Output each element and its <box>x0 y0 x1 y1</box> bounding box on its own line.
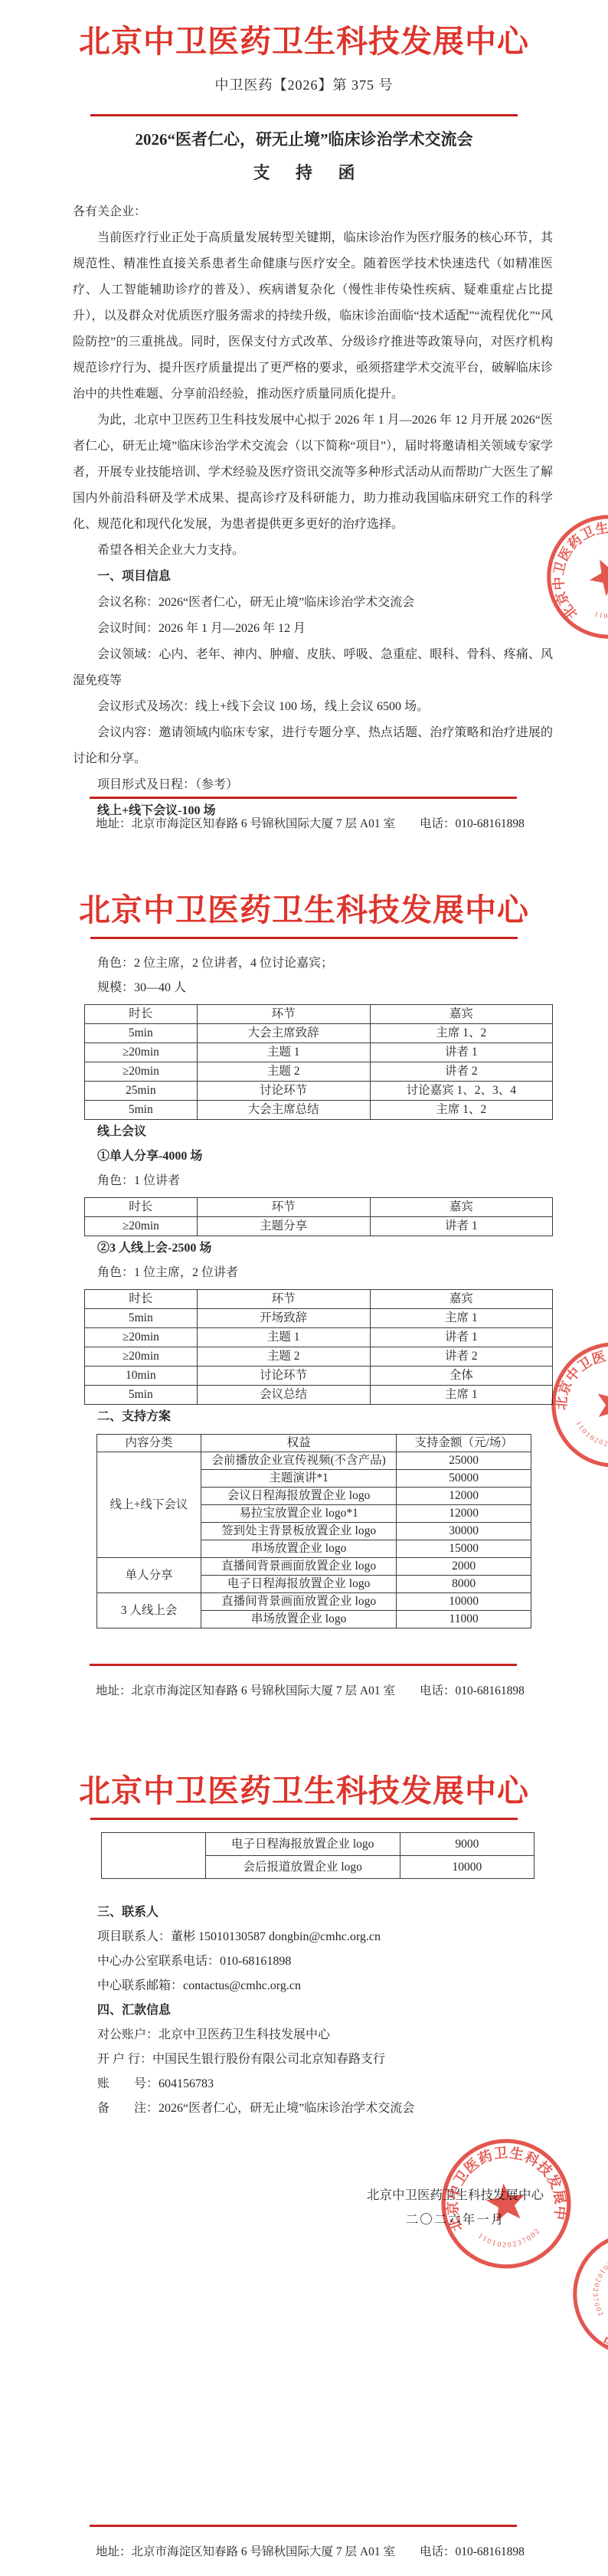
benefit-cell: 会后报道放置企业 logo <box>205 1856 400 1879</box>
benefit-cell: 主题演讲*1 <box>201 1470 397 1488</box>
amount-cell: 15000 <box>397 1540 531 1558</box>
contact-email-line: 中心联系邮箱：contactus@cmhc.org.cn <box>73 1974 553 1998</box>
contact-project-line: 项目联系人：董彬 15010130587 dongbin@cmhc.org.cn <box>73 1925 553 1949</box>
cell-segment: 会议总结 <box>197 1386 370 1405</box>
three-person-table: 时长 环节 嘉宾 5min 开场致辞 主席 1 ≥20min 主题 1 讲者 1 <box>84 1289 553 1405</box>
benefit-cell: 会议日程海报放置企业 logo <box>201 1488 397 1505</box>
schedule-note: 项目形式及日程：（参考） <box>73 772 553 798</box>
remit-note-line: 备 注：2026“医者仁心，研无止境”临床诊治学术交流会 <box>73 2096 553 2121</box>
benefit-cell: 串场放置企业 logo <box>201 1611 397 1628</box>
letterhead-org-name: 北京中卫医药卫生科技发展中心 <box>0 881 608 929</box>
amount-cell: 12000 <box>397 1488 531 1505</box>
remit-account-name-line: 对公账户：北京中卫医药卫生科技发展中心 <box>73 2023 553 2047</box>
cell-duration: 5min <box>85 1101 198 1120</box>
table-header-row: 时长 环节 嘉宾 <box>85 1290 553 1309</box>
cell-guest: 讲者 1 <box>370 1217 552 1236</box>
info-line-name: 会议名称：2026“医者仁心，研无止境”临床诊治学术交流会 <box>73 590 553 616</box>
benefit-cell: 直播间背景画面放置企业 logo <box>201 1558 397 1576</box>
cell-guest: 讲者 1 <box>370 1328 552 1347</box>
document-title: 2026“医者仁心，研无止境”临床诊治学术交流会 <box>0 127 608 150</box>
amount-cell: 11000 <box>397 1611 531 1628</box>
letterhead-org-name: 北京中卫医药卫生科技发展中心 <box>0 1769 608 1810</box>
cell-duration: ≥20min <box>85 1217 198 1236</box>
cell-duration: 5min <box>85 1386 198 1405</box>
paragraph: 当前医疗行业正处于高质量发展转型关键期，临床诊治作为医疗服务的核心环节，其规范性… <box>73 225 553 408</box>
table-header-row: 时长 环节 嘉宾 <box>85 1198 553 1217</box>
benefit-cell: 直播间背景画面放置企业 logo <box>201 1593 397 1611</box>
table-row: 5min 开场致辞 主席 1 <box>85 1309 553 1328</box>
cell-segment: 主题分享 <box>197 1217 370 1236</box>
amount-cell: 10000 <box>400 1856 534 1879</box>
section-heading: 三、联系人 <box>73 1900 553 1925</box>
page-footer: 地址：北京市海淀区知春路 6 号锦秋国际大厦 7 层 A01 室 电话：010-… <box>73 2525 532 2559</box>
table-row: 5min 会议总结 主席 1 <box>85 1386 553 1405</box>
benefit-cell: 电子日程海报放置企业 logo <box>201 1576 397 1593</box>
single-share-heading: ①单人分享-4000 场 <box>73 1144 553 1169</box>
red-divider <box>90 1664 517 1666</box>
benefit-cell: 签到处主背景板放置企业 logo <box>201 1523 397 1540</box>
cell-guest: 全体 <box>370 1367 552 1386</box>
remit-account-no-line: 账 号：604156783 <box>73 2072 553 2096</box>
cell-duration: ≥20min <box>85 1347 198 1367</box>
paragraph: 希望各相关企业大力支持。 <box>73 538 553 564</box>
red-divider <box>90 797 517 799</box>
offline-agenda-table: 时长 环节 嘉宾 5min 大会主席致辞 主席 1、2 ≥20min 主题 1 … <box>84 1004 553 1120</box>
amount-cell: 8000 <box>397 1576 531 1593</box>
support-plan-table: 内容分类 权益 支持金额（元/场） 线上+线下会议 会前播放企业宣传视频(不含产… <box>96 1434 531 1628</box>
three-person-roles: 角色：1 位主席，2 位讲者 <box>73 1261 553 1285</box>
cell-segment: 主题 2 <box>197 1347 370 1367</box>
table-header-row: 时长 环节 嘉宾 <box>85 1005 553 1024</box>
single-share-roles: 角色：1 位讲者 <box>73 1169 553 1193</box>
column-header: 环节 <box>197 1005 370 1024</box>
table-row: 3 人线上会 直播间背景画面放置企业 logo 10000 <box>97 1593 531 1611</box>
cell-guest: 主席 1、2 <box>370 1024 552 1043</box>
footer-phone: 电话：010-68161898 <box>420 1681 525 1698</box>
cell-segment: 大会主席总结 <box>197 1101 370 1120</box>
info-line-field: 会议领域：心内、老年、神内、肿瘤、皮肤、呼吸、急重症、眼科、骨科、疼痛、风湿免疫… <box>73 642 553 694</box>
amount-cell: 2000 <box>397 1558 531 1576</box>
cell-segment: 主题 1 <box>197 1328 370 1347</box>
cell-guest: 讨论嘉宾 1、2、3、4 <box>370 1082 552 1101</box>
cell-segment: 开场致辞 <box>197 1309 370 1328</box>
page-1: 北京中卫医药卫生科技发展中心 中卫医药【2026】第 375 号 2026“医者… <box>0 0 608 881</box>
footer-address: 地址：北京市海淀区知春路 6 号锦秋国际大厦 7 层 A01 室 <box>96 814 395 831</box>
cell-guest: 主席 1 <box>370 1309 552 1328</box>
cell-duration: ≥20min <box>85 1043 198 1062</box>
benefit-cell: 会前播放企业宣传视频(不含产品) <box>201 1452 397 1470</box>
column-header: 时长 <box>85 1198 198 1217</box>
page2-body: 角色：2 位主席，2 位讲者，4 位讨论嘉宾； 规模：30—40 人 时长 环节… <box>73 951 553 1628</box>
footer-address: 地址：北京市海淀区知春路 6 号锦秋国际大厦 7 层 A01 室 <box>96 1681 395 1698</box>
benefit-cell: 电子日程海报放置企业 logo <box>205 1833 400 1856</box>
table-row: 线上+线下会议 会前播放企业宣传视频(不含产品) 25000 <box>97 1452 531 1470</box>
benefit-cell: 易拉宝放置企业 logo*1 <box>201 1505 397 1523</box>
three-person-heading: ②3 人线上会-2500 场 <box>73 1236 553 1261</box>
amount-cell: 25000 <box>397 1452 531 1470</box>
page-3: 北京中卫医药卫生科技发展中心 电子日程海报放置企业 logo 9000 会后报道… <box>0 1769 608 2576</box>
cell-duration: 5min <box>85 1309 198 1328</box>
amount-cell: 50000 <box>397 1470 531 1488</box>
cell-segment: 主题 2 <box>197 1062 370 1082</box>
roles-line: 角色：2 位主席，2 位讲者，4 位讨论嘉宾； <box>73 951 553 976</box>
remit-bank-line: 开 户 行：中国民生银行股份有限公司北京知春路支行 <box>73 2047 553 2072</box>
column-header: 支持金额（元/场） <box>397 1435 531 1452</box>
cell-guest: 主席 1、2 <box>370 1101 552 1120</box>
amount-cell: 9000 <box>400 1833 534 1856</box>
scale-line: 规模：30—40 人 <box>73 976 553 1000</box>
official-seal-edge-fragment <box>560 2219 608 2370</box>
page3-body: 电子日程海报放置企业 logo 9000 会后报道放置企业 logo 10000… <box>73 1832 553 2121</box>
contact-office-line: 中心办公室联系电话：010-68161898 <box>73 1949 553 1974</box>
cell-guest: 讲者 1 <box>370 1043 552 1062</box>
cell-duration: ≥20min <box>85 1062 198 1082</box>
table-row: 单人分享 直播间背景画面放置企业 logo 2000 <box>97 1558 531 1576</box>
column-header: 嘉宾 <box>370 1005 552 1024</box>
page1-body: 各有关企业： 当前医疗行业正处于高质量发展转型关键期，临床诊治作为医疗服务的核心… <box>73 199 553 824</box>
letterhead-org-name: 北京中卫医药卫生科技发展中心 <box>0 0 608 61</box>
table-row: ≥20min 主题 1 讲者 1 <box>85 1043 553 1062</box>
table-row: ≥20min 主题 1 讲者 1 <box>85 1328 553 1347</box>
salutation: 各有关企业： <box>73 199 553 225</box>
cell-duration: 10min <box>85 1367 198 1386</box>
cell-guest: 讲者 2 <box>370 1062 552 1082</box>
document-subtitle: 支 持 函 <box>0 160 608 184</box>
cell-guest: 主席 1 <box>370 1386 552 1405</box>
red-divider <box>90 1818 518 1820</box>
column-header: 环节 <box>197 1198 370 1217</box>
table-row: ≥20min 主题 2 讲者 2 <box>85 1062 553 1082</box>
column-header: 内容分类 <box>97 1435 201 1452</box>
category-cell: 3 人线上会 <box>97 1593 201 1628</box>
red-divider <box>90 2525 517 2527</box>
scanned-document: 北京中卫医药卫生科技发展中心 1101020237002 北京中卫医药卫生科技发… <box>0 0 608 2576</box>
footer-phone: 电话：010-68161898 <box>420 2542 525 2559</box>
amount-cell: 10000 <box>397 1593 531 1611</box>
section-heading: 一、项目信息 <box>73 564 553 590</box>
footer-address: 地址：北京市海淀区知春路 6 号锦秋国际大厦 7 层 A01 室 <box>96 2542 395 2559</box>
single-share-table: 时长 环节 嘉宾 ≥20min 主题分享 讲者 1 <box>84 1197 553 1236</box>
empty-category-cell <box>102 1833 206 1879</box>
footer-phone: 电话：010-68161898 <box>420 814 525 831</box>
table-row: 25min 讨论环节 讨论嘉宾 1、2、3、4 <box>85 1082 553 1101</box>
signature-date: 二〇二六年一月 <box>367 2208 544 2232</box>
table-header-row: 内容分类 权益 支持金额（元/场） <box>97 1435 531 1452</box>
signature-org: 北京中卫医药卫生科技发展中心 <box>367 2183 544 2208</box>
table-row: 电子日程海报放置企业 logo 9000 <box>102 1833 534 1856</box>
benefit-cell: 串场放置企业 logo <box>201 1540 397 1558</box>
amount-cell: 30000 <box>397 1523 531 1540</box>
column-header: 时长 <box>85 1290 198 1309</box>
cell-duration: ≥20min <box>85 1328 198 1347</box>
column-header: 环节 <box>197 1290 370 1309</box>
paragraph: 为此，北京中卫医药卫生科技发展中心拟于 2026 年 1 月—2026 年 12… <box>73 408 553 538</box>
cell-segment: 讨论环节 <box>197 1367 370 1386</box>
column-header: 时长 <box>85 1005 198 1024</box>
support-plan-continuation-table: 电子日程海报放置企业 logo 9000 会后报道放置企业 logo 10000 <box>101 1832 534 1879</box>
table-row: 10min 讨论环节 全体 <box>85 1367 553 1386</box>
section-heading: 二、支持方案 <box>73 1405 553 1429</box>
column-header: 嘉宾 <box>370 1198 552 1217</box>
column-header: 嘉宾 <box>370 1290 552 1309</box>
info-line-content: 会议内容：邀请领域内临床专家，进行专题分享、热点话题、治疗策略和治疗进展的讨论和… <box>73 720 553 772</box>
category-cell: 单人分享 <box>97 1558 201 1593</box>
info-line-format: 会议形式及场次：线上+线下会议 100 场，线上会议 6500 场。 <box>73 694 553 720</box>
cell-segment: 讨论环节 <box>197 1082 370 1101</box>
cell-duration: 25min <box>85 1082 198 1101</box>
red-divider <box>90 114 518 116</box>
online-meeting-heading: 线上会议 <box>73 1120 553 1144</box>
signature-block: 北京中卫医药卫生科技发展中心 二〇二六年一月 <box>367 2183 544 2232</box>
section-heading: 四、汇款信息 <box>73 1998 553 2023</box>
info-line-time: 会议时间：2026 年 1 月—2026 年 12 月 <box>73 616 553 642</box>
table-row: ≥20min 主题 2 讲者 2 <box>85 1347 553 1367</box>
amount-cell: 12000 <box>397 1505 531 1523</box>
cell-duration: 5min <box>85 1024 198 1043</box>
page-footer: 地址：北京市海淀区知春路 6 号锦秋国际大厦 7 层 A01 室 电话：010-… <box>73 797 532 831</box>
cell-guest: 讲者 2 <box>370 1347 552 1367</box>
red-divider <box>90 937 518 939</box>
page-2: 北京中卫医药卫生科技发展中心 角色：2 位主席，2 位讲者，4 位讨论嘉宾； 规… <box>0 881 608 1769</box>
table-row: 5min 大会主席总结 主席 1、2 <box>85 1101 553 1120</box>
page-footer: 地址：北京市海淀区知春路 6 号锦秋国际大厦 7 层 A01 室 电话：010-… <box>73 1664 532 1698</box>
document-number: 中卫医药【2026】第 375 号 <box>0 74 608 94</box>
table-row: 5min 大会主席致辞 主席 1、2 <box>85 1024 553 1043</box>
cell-segment: 大会主席致辞 <box>197 1024 370 1043</box>
column-header: 权益 <box>201 1435 397 1452</box>
category-cell: 线上+线下会议 <box>97 1452 201 1558</box>
table-row: ≥20min 主题分享 讲者 1 <box>85 1217 553 1236</box>
cell-segment: 主题 1 <box>197 1043 370 1062</box>
